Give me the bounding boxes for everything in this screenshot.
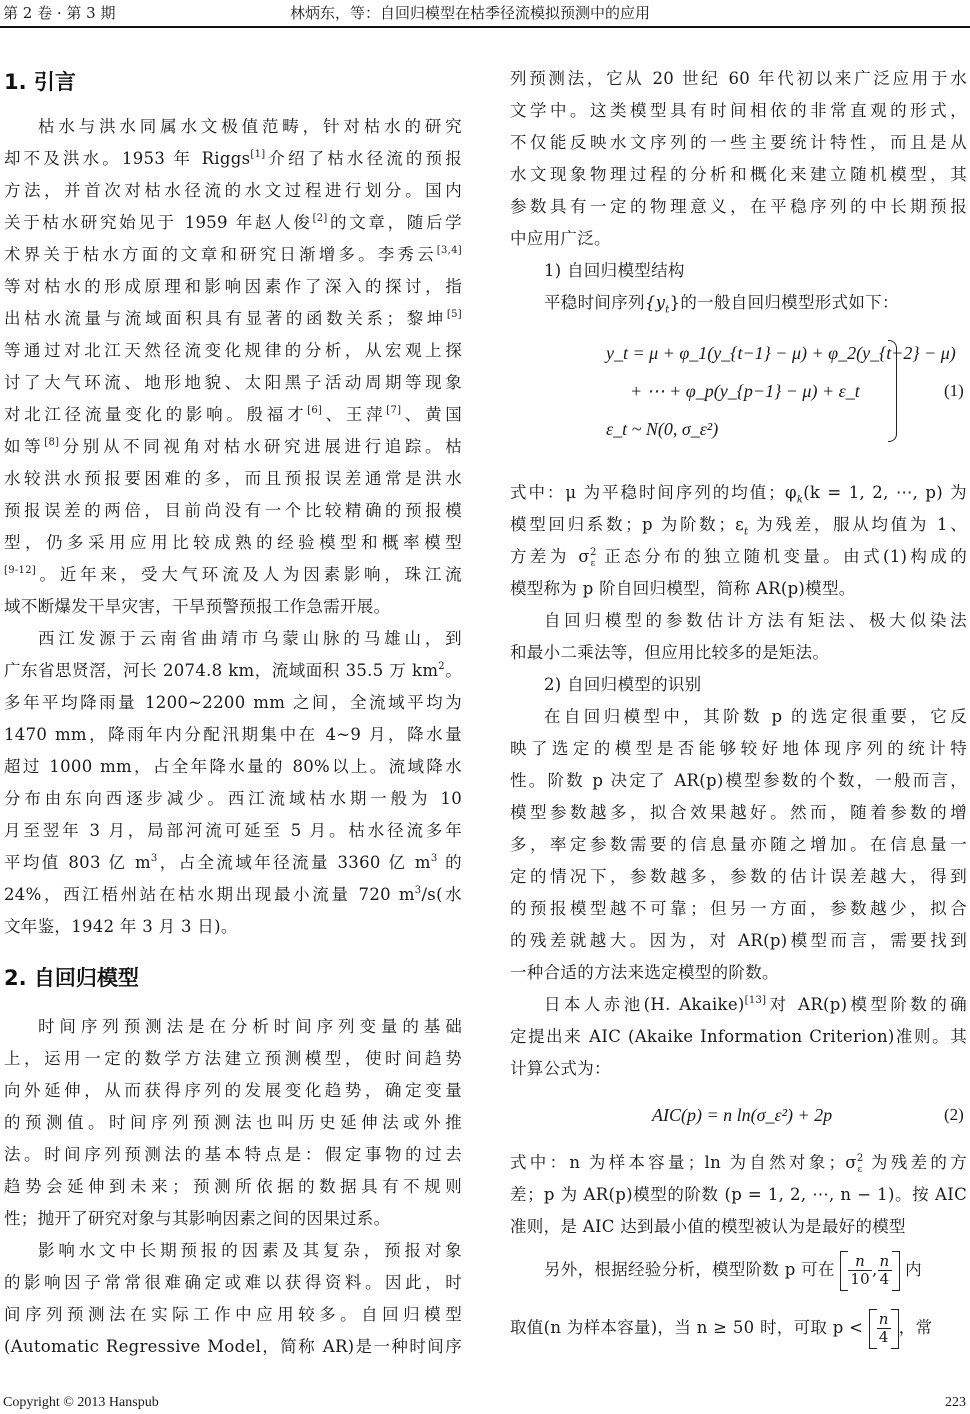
citation[interactable]: [13] — [745, 995, 767, 1006]
paragraph-line: 枯水与洪水同属水文极值范畴，针对枯水的研究 — [4, 116, 462, 138]
paragraph-line: 如等[8]分别从不同视角对枯水研究进展进行追踪。枯 — [4, 436, 462, 458]
paragraph-line: 中应用广泛。 — [510, 228, 967, 250]
paragraph-line: 多年平均降雨量 1200~2200 mm 之间，全流域平均为 — [4, 692, 462, 714]
paragraph-line: 间序列预测法在实际工作中应用较多。自回归模型 — [4, 1304, 462, 1326]
paragraph-line: 等通过对北江天然径流变化规律的分析，从宏观上探 — [4, 340, 462, 362]
paragraph-line: 方法，并首次对枯水径流的水文过程进行划分。国内 — [4, 180, 462, 202]
paragraph-line: 水较洪水预报要困难的多，而且预报误差通常是洪水 — [4, 468, 462, 490]
paragraph-line: 水文现象物理过程的分析和概化来建立随机模型，其 — [510, 164, 967, 186]
paragraph-line: 映了选定的模型是否能够较好地体现序列的统计特 — [510, 738, 967, 760]
citation[interactable]: [8] — [44, 437, 59, 448]
paragraph-line: 法。时间序列预测法的基本特点是：假定事物的过去 — [4, 1144, 462, 1166]
citation[interactable]: [1] — [250, 149, 265, 160]
paragraph-line: 模型参数越多，拟合效果越好。然而，随着参数的增 — [510, 802, 967, 824]
paragraph-line: 自回归模型的参数估计方法有矩法、极大似染法 — [510, 610, 967, 632]
paragraph-line: 文年鉴，1942 年 3 月 3 日)。 — [4, 916, 462, 938]
paragraph-line: 和最小二乘法等，但应用比较多的是矩法。 — [510, 642, 967, 664]
paragraph-line: 模型称为 p 阶自回归模型，简称 AR(p)模型。 — [510, 578, 967, 600]
paragraph-line: 的影响因子常常很难确定或难以获得资料。因此，时 — [4, 1272, 462, 1294]
paragraph-line: 日本人赤池(H. Akaike)[13]对 AR(p)模型阶数的确 — [510, 994, 967, 1016]
subsection-title-model-identification: 2) 自回归模型的识别 — [510, 674, 967, 696]
section-title-autoregressive-model: 2. 自回归模型 — [4, 962, 139, 992]
paragraph-line: 计算公式为： — [510, 1058, 967, 1080]
paragraph-line: 另外，根据经验分析，模型阶数 p 可在 n10,n4 内 — [510, 1248, 967, 1292]
paragraph-line: 预报误差的两倍，目前尚没有一个比较精确的预报模 — [4, 500, 462, 522]
paragraph-line: 不仅能反映水文序列的一些主要统计特性，而且是从 — [510, 132, 967, 154]
fraction: n4 — [877, 1311, 891, 1346]
paragraph-line: 性；抛开了研究对象与其影响因素之间的因果过系。 — [4, 1208, 462, 1230]
paragraph-line: 方差为 σ2ε 正态分布的独立随机变量。由式(1)构成的 — [510, 546, 967, 575]
citation[interactable]: [5] — [447, 309, 462, 320]
subsection-title-model-structure: 1) 自回归模型结构 — [510, 260, 967, 282]
equation-1-line-2: + ⋯ + φ_p(y_{p−1} − μ) + ε_t — [630, 381, 860, 402]
citation[interactable]: [9-12] — [4, 565, 36, 576]
paragraph-line: 超过 1000 mm，占全年降水量的 80%以上。流域降水 — [4, 756, 462, 778]
paragraph-line: 定提出来 AIC (Akaike Information Criterion)准… — [510, 1026, 967, 1048]
equation-1-line-3: ε_t ~ N(0, σ_ε²) — [606, 419, 718, 440]
running-title: 林炳东，等：自回归模型在枯季径流模拟预测中的应用 — [290, 2, 650, 23]
paragraph-line: 影响水文中长期预报的因素及其复杂，预报对象 — [4, 1240, 462, 1262]
paragraph-line: 型，仍多采用应用比较成熟的经验模型和概率模型 — [4, 532, 462, 554]
paragraph-line: 取值(n 为样本容量)，当 n ≥ 50 时，可取 p < n4，常 — [510, 1306, 967, 1350]
paragraph-line: 广东省思贤滘，河长 2074.8 km，流域面积 35.5 万 km2。 — [4, 660, 462, 682]
paragraph-line: 24%，西江梧州站在枯水期出现最小流量 720 m3/s(水 — [4, 884, 462, 906]
paragraph-line: 趋势会延伸到未来；预测所依据的数据具有不规则 — [4, 1176, 462, 1198]
paragraph-line: 却不及洪水。1953 年 Riggs[1]介绍了枯水径流的预报 — [4, 148, 462, 170]
paragraph-line: 出枯水流量与流域面积具有显著的函数关系；黎坤[5] — [4, 308, 462, 330]
paragraph-line: 月至翌年 3 月，局部河流可延至 5 月。枯水径流多年 — [4, 820, 462, 842]
paragraph-line: 时间序列预测法是在分析时间序列变量的基础 — [4, 1016, 462, 1038]
paragraph-line: (Automatic Regressive Model，简称 AR)是一种时间序 — [4, 1336, 462, 1358]
paragraph-line: 多，率定参数需要的信息量亦随之增加。在信息量一 — [510, 834, 967, 856]
paragraph-line: 1470 mm，降雨年内分配汛期集中在 4~9 月，降水量 — [4, 724, 462, 746]
right-bracket — [891, 1309, 899, 1349]
paragraph-line: 等对枯水的形成原理和影响因素作了深入的探讨，指 — [4, 276, 462, 298]
right-bracket — [892, 1251, 900, 1291]
page-number: 223 — [945, 1395, 966, 1411]
header-rule — [0, 26, 970, 28]
paragraph-line: 域不断爆发干旱灾害，干旱预警预报工作急需开展。 — [4, 596, 462, 618]
paragraph-line: 式中：μ 为平稳时间序列的均值；φk(k = 1, 2, ⋯, p) 为 — [510, 482, 967, 511]
paragraph-line: 上，运用一定的数学方法建立预测模型，使时间趋势 — [4, 1048, 462, 1070]
fraction: n4 — [878, 1253, 892, 1288]
fraction: n10 — [848, 1253, 872, 1288]
paragraph-line: [9-12]。近年来，受大气环流及人为因素影响，珠江流 — [4, 564, 462, 586]
paragraph-line: 性。阶数 p 决定了 AR(p)模型参数的个数，一般而言， — [510, 770, 967, 792]
paragraph-line: 向外延伸，从而获得序列的发展变化趋势，确定变量 — [4, 1080, 462, 1102]
paragraph-line: 在自回归模型中，其阶数 p 的选定很重要，它反 — [510, 706, 967, 728]
paragraph-line: 对北江径流量变化的影响。殷福才[6]、王萍[7]、黄国 — [4, 404, 462, 426]
journal-volume-issue: 第 2 卷 · 第 3 期 — [3, 2, 115, 23]
paragraph-line: 列预测法，它从 20 世纪 60 年代初以来广泛应用于水 — [510, 68, 967, 90]
paragraph-line: 讨了大气环流、地形地貌、太阳黑子活动周期等现象 — [4, 372, 462, 394]
equation-2-expression: AIC(p) = n ln(σ_ε²) + 2p — [652, 1105, 832, 1126]
citation[interactable]: [6] — [307, 405, 322, 416]
paragraph-line: 准则，是 AIC 达到最小值的模型被认为是最好的模型 — [510, 1216, 967, 1238]
paragraph-line: 定的情况下，参数越多，参数的估计误差越大，得到 — [510, 866, 967, 888]
citation[interactable]: [2] — [313, 213, 328, 224]
section-title-introduction: 1. 引言 — [4, 66, 76, 96]
equation-1-line-1: y_t = μ + φ_1(y_{t−1} − μ) + φ_2(y_{t−2}… — [606, 343, 956, 364]
paragraph-line: 关于枯水研究始见于 1959 年赵人俊[2]的文章，随后学 — [4, 212, 462, 234]
paragraph-line: 的残差就越大。因为，对 AR(p)模型而言，需要找到 — [510, 930, 967, 952]
citation[interactable]: [7] — [386, 405, 401, 416]
right-brace — [888, 340, 897, 442]
paragraph-line: 参数具有一定的物理意义，在平稳序列的中长期预报 — [510, 196, 967, 218]
equation-number: (2) — [944, 1105, 964, 1125]
paragraph-line: 的预报模型越不可靠；但另一方面，参数越少，拟合 — [510, 898, 967, 920]
paragraph-line: 平均值 803 亿 m3，占全流域年径流量 3360 亿 m3 的 — [4, 852, 462, 874]
running-header: 第 2 卷 · 第 3 期 林炳东，等：自回归模型在枯季径流模拟预测中的应用 — [0, 0, 970, 28]
paragraph-line: 文学中。这类模型具有时间相依的非常直观的形式， — [510, 100, 967, 122]
left-bracket — [840, 1251, 848, 1291]
copyright-notice: Copyright © 2013 Hanspub — [3, 1395, 159, 1411]
paragraph-line: 术界关于枯水方面的文章和研究日渐增多。李秀云[3,4] — [4, 244, 462, 266]
paragraph-line: 分布由东向西逐步减少。西江流域枯水期一般为 10 — [4, 788, 462, 810]
paragraph-line: 平稳时间序列{yt}的一般自回归模型形式如下： — [510, 292, 967, 321]
paragraph-line: 模型回归系数；p 为阶数；εt 为残差，服从均值为 1、 — [510, 514, 967, 543]
paragraph-line: 的预测值。时间序列预测法也叫历史延伸法或外推 — [4, 1112, 462, 1134]
citation[interactable]: [3,4] — [437, 245, 462, 256]
paragraph-line: 西江发源于云南省曲靖市乌蒙山脉的马雄山，到 — [4, 628, 462, 650]
left-bracket — [869, 1309, 877, 1349]
paragraph-line: 一种合适的方法来选定模型的阶数。 — [510, 962, 967, 984]
paragraph-line: 式中：n 为样本容量；ln 为自然对象；σ2ε 为残差的方 — [510, 1152, 967, 1181]
paragraph-line: 差；p 为 AR(p)模型的阶数 (p = 1, 2, ⋯, n − 1)。按 … — [510, 1184, 967, 1206]
equation-number: (1) — [944, 381, 964, 401]
